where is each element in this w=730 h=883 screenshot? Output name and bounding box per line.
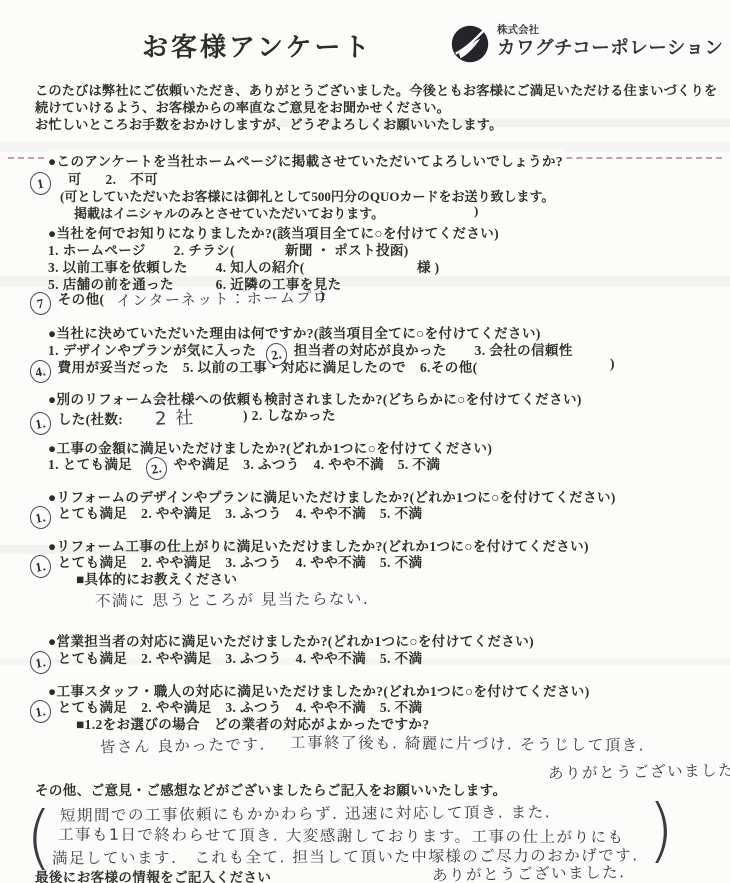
handwritten-finish-comment: 不満に 思うところが 見当たらない. xyxy=(95,587,369,611)
option-ng: 2. 不可 xyxy=(105,172,158,187)
company-prefix: 株式会社 xyxy=(497,25,724,36)
scanned-survey-page: お客様アンケート 株式会社 カワグチコーポレーション このたびは弊社にご依頼いた… xyxy=(0,0,730,883)
company-logo: 株式会社 カワグチコーポレーション xyxy=(451,25,724,63)
staff-detail-prompt: ■1.2をお選びの場合 どの業者の対応がよかったですか? xyxy=(76,713,429,733)
company-logo-icon xyxy=(451,25,489,63)
handwritten-paren-close: ) xyxy=(648,790,674,871)
design-option-row: 1. とても満足 2. やや満足 3. ふつう 4. やや不満 5. 不満 xyxy=(30,502,422,529)
handwritten-circle-mark: 1 xyxy=(28,170,53,196)
final-info-prompt: 最後にお客様の情報をご記入ください xyxy=(35,866,271,883)
reason-option-row: 4. 費用が妥当だった 5. 以前の工事・対応に満足したので 6.その他( ) xyxy=(30,356,478,383)
paren-close: ) xyxy=(610,356,615,372)
intro-line: お忙しいところお手数をおかけしますが、どうぞよろしくお願いいたします。 xyxy=(35,114,503,133)
publish-note-close: ) xyxy=(474,203,478,219)
sales-option-row: 1. とても満足 2. やや満足 3. ふつう 4. やや不満 5. 不満 xyxy=(30,647,422,674)
compare-option-row: 1. した(社数: 2 社 ) 2. しなかった xyxy=(30,404,195,435)
source-referral-detail: 様 ) xyxy=(417,256,440,276)
handwritten-staff-comment-2: 工事終了後も. 綺麗に片づけ. そうじして頂き. xyxy=(290,730,645,755)
source-option-row-other: 7 その他( インターネット：ホームプロ ) xyxy=(30,288,329,315)
handwritten-overall-comment-4: ありがとうございました. xyxy=(432,860,626,883)
handwritten-staff-comment-1: 皆さん 良かったです. xyxy=(100,733,266,758)
handwritten-circle-mark: 1. xyxy=(28,649,53,675)
compare-option-no: ) 2. しなかった xyxy=(243,404,336,424)
other-comments-prompt: その他、ご意見・ご感想などがございましたらご記入をお願いいたします。 xyxy=(35,779,507,799)
handwritten-company-count: 2 社 xyxy=(155,403,196,430)
handwritten-circle-mark: 1. xyxy=(28,504,53,530)
finish-detail-prompt: ■具体的にお教えください xyxy=(76,568,237,588)
handwritten-circle-mark: 4. xyxy=(28,358,53,384)
price-option-row: 1. とても満足 2. やや満足 3. ふつう 4. やや不満 5. 不満 xyxy=(48,453,440,480)
handwritten-other-source: インターネット：ホームプロ xyxy=(116,286,329,311)
handwritten-staff-comment-3: ありがとうございました. xyxy=(548,758,730,783)
handwritten-circle-mark: 1. xyxy=(28,553,53,579)
handwritten-circle-mark: 2. xyxy=(144,455,169,481)
page-title: お客様アンケート xyxy=(142,27,372,64)
handwritten-circle-mark: 1. xyxy=(28,698,53,724)
handwritten-circle-mark: 1. xyxy=(28,410,53,436)
handwritten-circle-mark: 7 xyxy=(28,290,53,316)
question-publish-heading: ●このアンケートを当社ホームページに掲載させていただいてよろしいでしょうか? xyxy=(48,150,563,170)
option-ok: 可 xyxy=(68,172,82,187)
publish-note-line2: 掲載はイニシャルのみとさせていただいております。 ) xyxy=(74,203,384,222)
handwritten-overall-comment-1: 短期間での工事依頼にもかかわらず. 迅速に対応して頂き. また. xyxy=(60,800,551,825)
company-name: カワグチコーポレーション xyxy=(497,39,724,58)
paren-close: ) xyxy=(320,288,325,304)
